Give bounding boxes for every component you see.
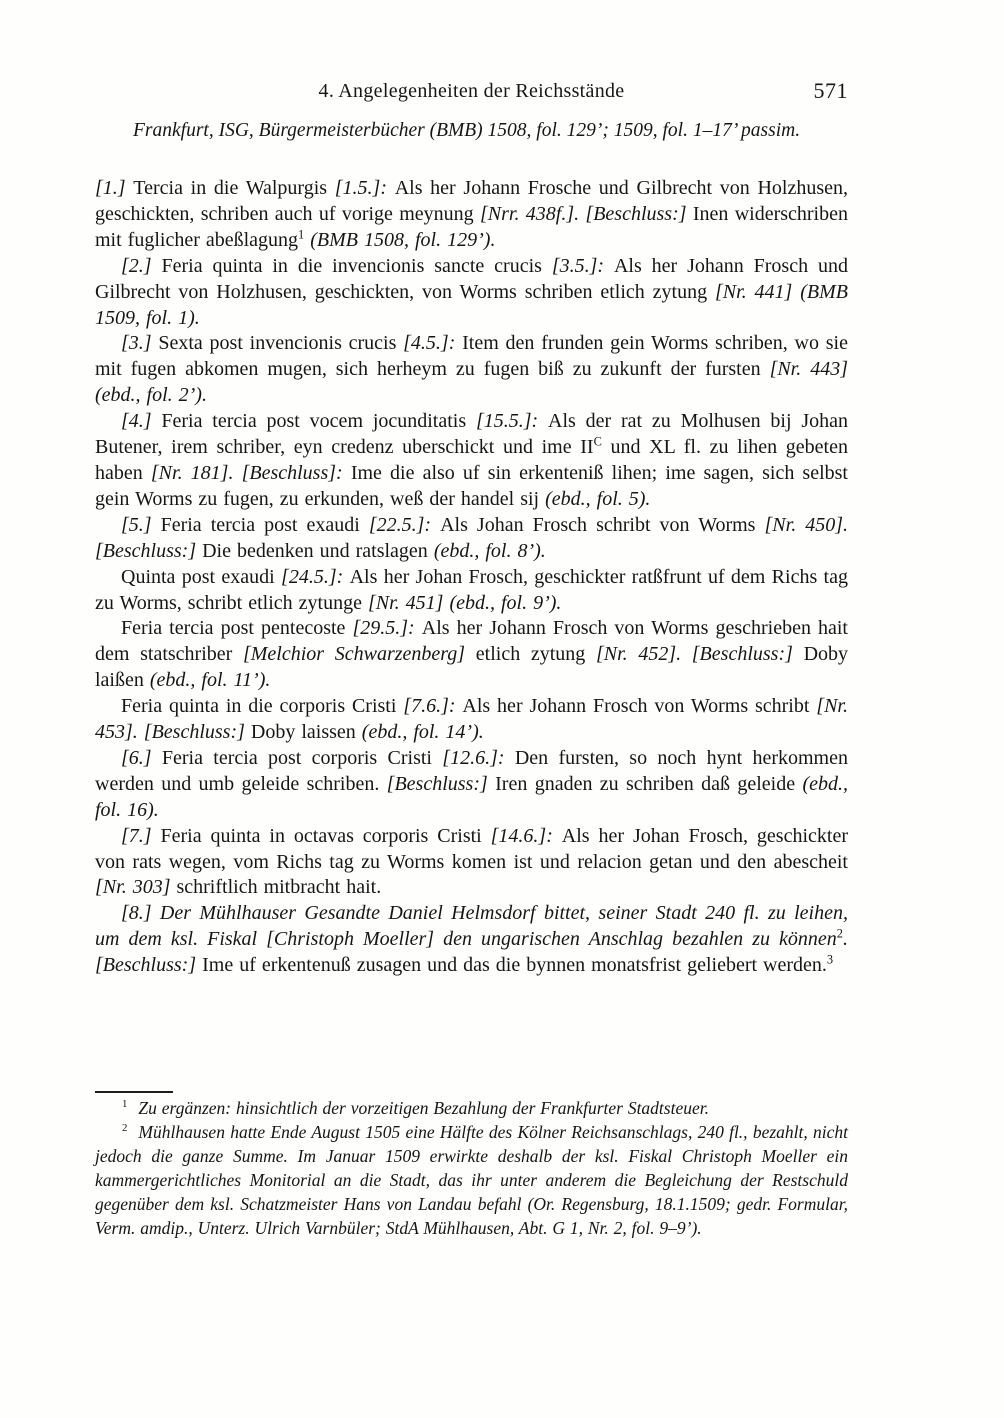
paragraph-11: [8.] Der Mühlhauser Gesandte Daniel Helm… (95, 901, 848, 979)
footnote-separator (95, 1091, 173, 1093)
text-segment: Feria quinta in die corporis Cristi (121, 695, 403, 717)
paragraph-8: Feria quinta in die corporis Cristi [7.6… (95, 694, 848, 746)
text-segment: Feria tercia post pentecoste (121, 617, 352, 639)
footnote-2: 2Mühlhausen hatte Ende August 1505 eine … (95, 1120, 848, 1240)
text-segment: (ebd., fol. 5). (545, 488, 650, 510)
paragraph-10: [7.] Feria quinta in octavas corporis Cr… (95, 824, 848, 902)
running-head: 4. Angelegenheiten der Reichsstände 571 (95, 80, 848, 103)
footnote-marker-1: 1 (122, 1098, 127, 1110)
text-segment: etlich zytung (476, 643, 596, 665)
footnote-marker-2: 2 (122, 1122, 127, 1134)
paragraph-1: [1.] Tercia in die Walpurgis [1.5.]: Als… (95, 176, 848, 254)
text-segment: [2.] (121, 255, 161, 277)
paragraph-5: [5.] Feria tercia post exaudi [22.5.]: A… (95, 513, 848, 565)
text-segment: Feria quinta in octavas corporis Cristi (161, 825, 491, 847)
text-segment: Feria quinta in die invencionis sancte c… (161, 255, 551, 277)
source-note: Frankfurt, ISG, Bürgermeisterbücher (BMB… (95, 119, 848, 144)
text-segment: Feria tercia post corporis Cristi (162, 747, 442, 769)
text-segment: [7.] (121, 825, 161, 847)
text-segment: Frankfurt, ISG, Bürgermeisterbücher (BMB… (133, 120, 800, 141)
text-segment: Zu ergänzen: hinsichtlich der vorzeitige… (138, 1098, 709, 1118)
text-segment: [5.] (121, 514, 161, 536)
section-title: 4. Angelegenheiten der Reichsstände (319, 80, 625, 102)
text-segment: (ebd., fol. 14’). (362, 721, 484, 743)
text-segment: [4.] (121, 410, 161, 432)
book-page: 4. Angelegenheiten der Reichsstände 571 … (0, 0, 1004, 1418)
text-segment: (ebd., fol. 8’). (434, 540, 546, 562)
text-segment: [6.] (121, 747, 162, 769)
text-segment: [Melchior Schwarzenberg] (243, 643, 476, 665)
text-segment: [Nr. 181]. [Beschluss]: (151, 462, 351, 484)
text-segment: Iren gnaden zu schriben daß geleide (495, 773, 802, 795)
main-text: [1.] Tercia in die Walpurgis [1.5.]: Als… (95, 176, 848, 979)
text-segment: Als her Johann Frosch von Worms schribt (462, 695, 816, 717)
text-segment: [22.5.]: (369, 514, 440, 536)
footnote-1: 1Zu ergänzen: hinsichtlich der vorzeitig… (95, 1096, 848, 1120)
text-segment: [15.5.]: (476, 410, 548, 432)
text-segment: [Beschluss:] (387, 773, 495, 795)
text-segment: (ebd., fol. 11’). (150, 669, 271, 691)
text-segment: [3.5.]: (552, 255, 614, 277)
paragraph-7: Feria tercia post pentecoste [29.5.]: Al… (95, 616, 848, 694)
text-segment: [24.5.]: (281, 566, 350, 588)
text-segment: Die bedenken und ratslagen (202, 540, 434, 562)
text-segment: 3 (827, 953, 833, 967)
text-segment: [4.5.]: (403, 332, 462, 354)
text-segment: [29.5.]: (352, 617, 421, 639)
paragraph-3: [3.] Sexta post invencionis crucis [4.5.… (95, 331, 848, 409)
text-segment: Doby laissen (251, 721, 362, 743)
page-number: 571 (814, 78, 849, 104)
text-segment: [3.] (121, 332, 158, 354)
paragraph-2: [2.] Feria quinta in die invencionis san… (95, 254, 848, 332)
text-segment: [Nr. 451] (ebd., fol. 9’). (368, 592, 561, 614)
text-segment: [7.6.]: (403, 695, 462, 717)
text-segment: Als Johan Frosch schribt von Worms (440, 514, 764, 536)
text-segment: Quinta post exaudi (121, 566, 281, 588)
text-segment: [1.5.]: (335, 177, 395, 199)
text-segment: [Nrr. 438f.]. [Beschluss:] (480, 203, 693, 225)
text-segment: Sexta post invencionis crucis (158, 332, 403, 354)
text-segment: [Nr. 452]. [Beschluss:] (596, 643, 804, 665)
text-segment: Ime uf erkentenuß zusagen und das die by… (202, 954, 827, 976)
paragraph-4: [4.] Feria tercia post vocem jocunditati… (95, 409, 848, 513)
text-segment: C (594, 434, 602, 448)
paragraph-6: Quinta post exaudi [24.5.]: Als her Joha… (95, 565, 848, 617)
text-segment: Mühlhausen hatte Ende August 1505 eine H… (95, 1122, 848, 1238)
text-segment: [14.6.]: (491, 825, 562, 847)
footnote-text: Mühlhausen hatte Ende August 1505 eine H… (95, 1122, 848, 1238)
footnotes: 1Zu ergänzen: hinsichtlich der vorzeitig… (95, 1096, 848, 1240)
text-segment: [Nr. 303] (95, 876, 176, 898)
text-segment: Feria tercia post exaudi (161, 514, 369, 536)
text-segment: [8.] Der Mühlhauser Gesandte Daniel Helm… (95, 902, 848, 950)
text-segment: [1.] (95, 177, 133, 199)
text-segment: Feria tercia post vocem jocunditatis (161, 410, 476, 432)
text-segment: schriftlich mitbracht hait. (176, 876, 381, 898)
text-segment: (BMB 1508, fol. 129’). (304, 229, 495, 251)
paragraph-9: [6.] Feria tercia post corporis Cristi [… (95, 746, 848, 824)
text-segment: [12.6.]: (442, 747, 515, 769)
text-segment: Tercia in die Walpurgis (133, 177, 334, 199)
footnote-text: Zu ergänzen: hinsichtlich der vorzeitige… (138, 1098, 709, 1118)
